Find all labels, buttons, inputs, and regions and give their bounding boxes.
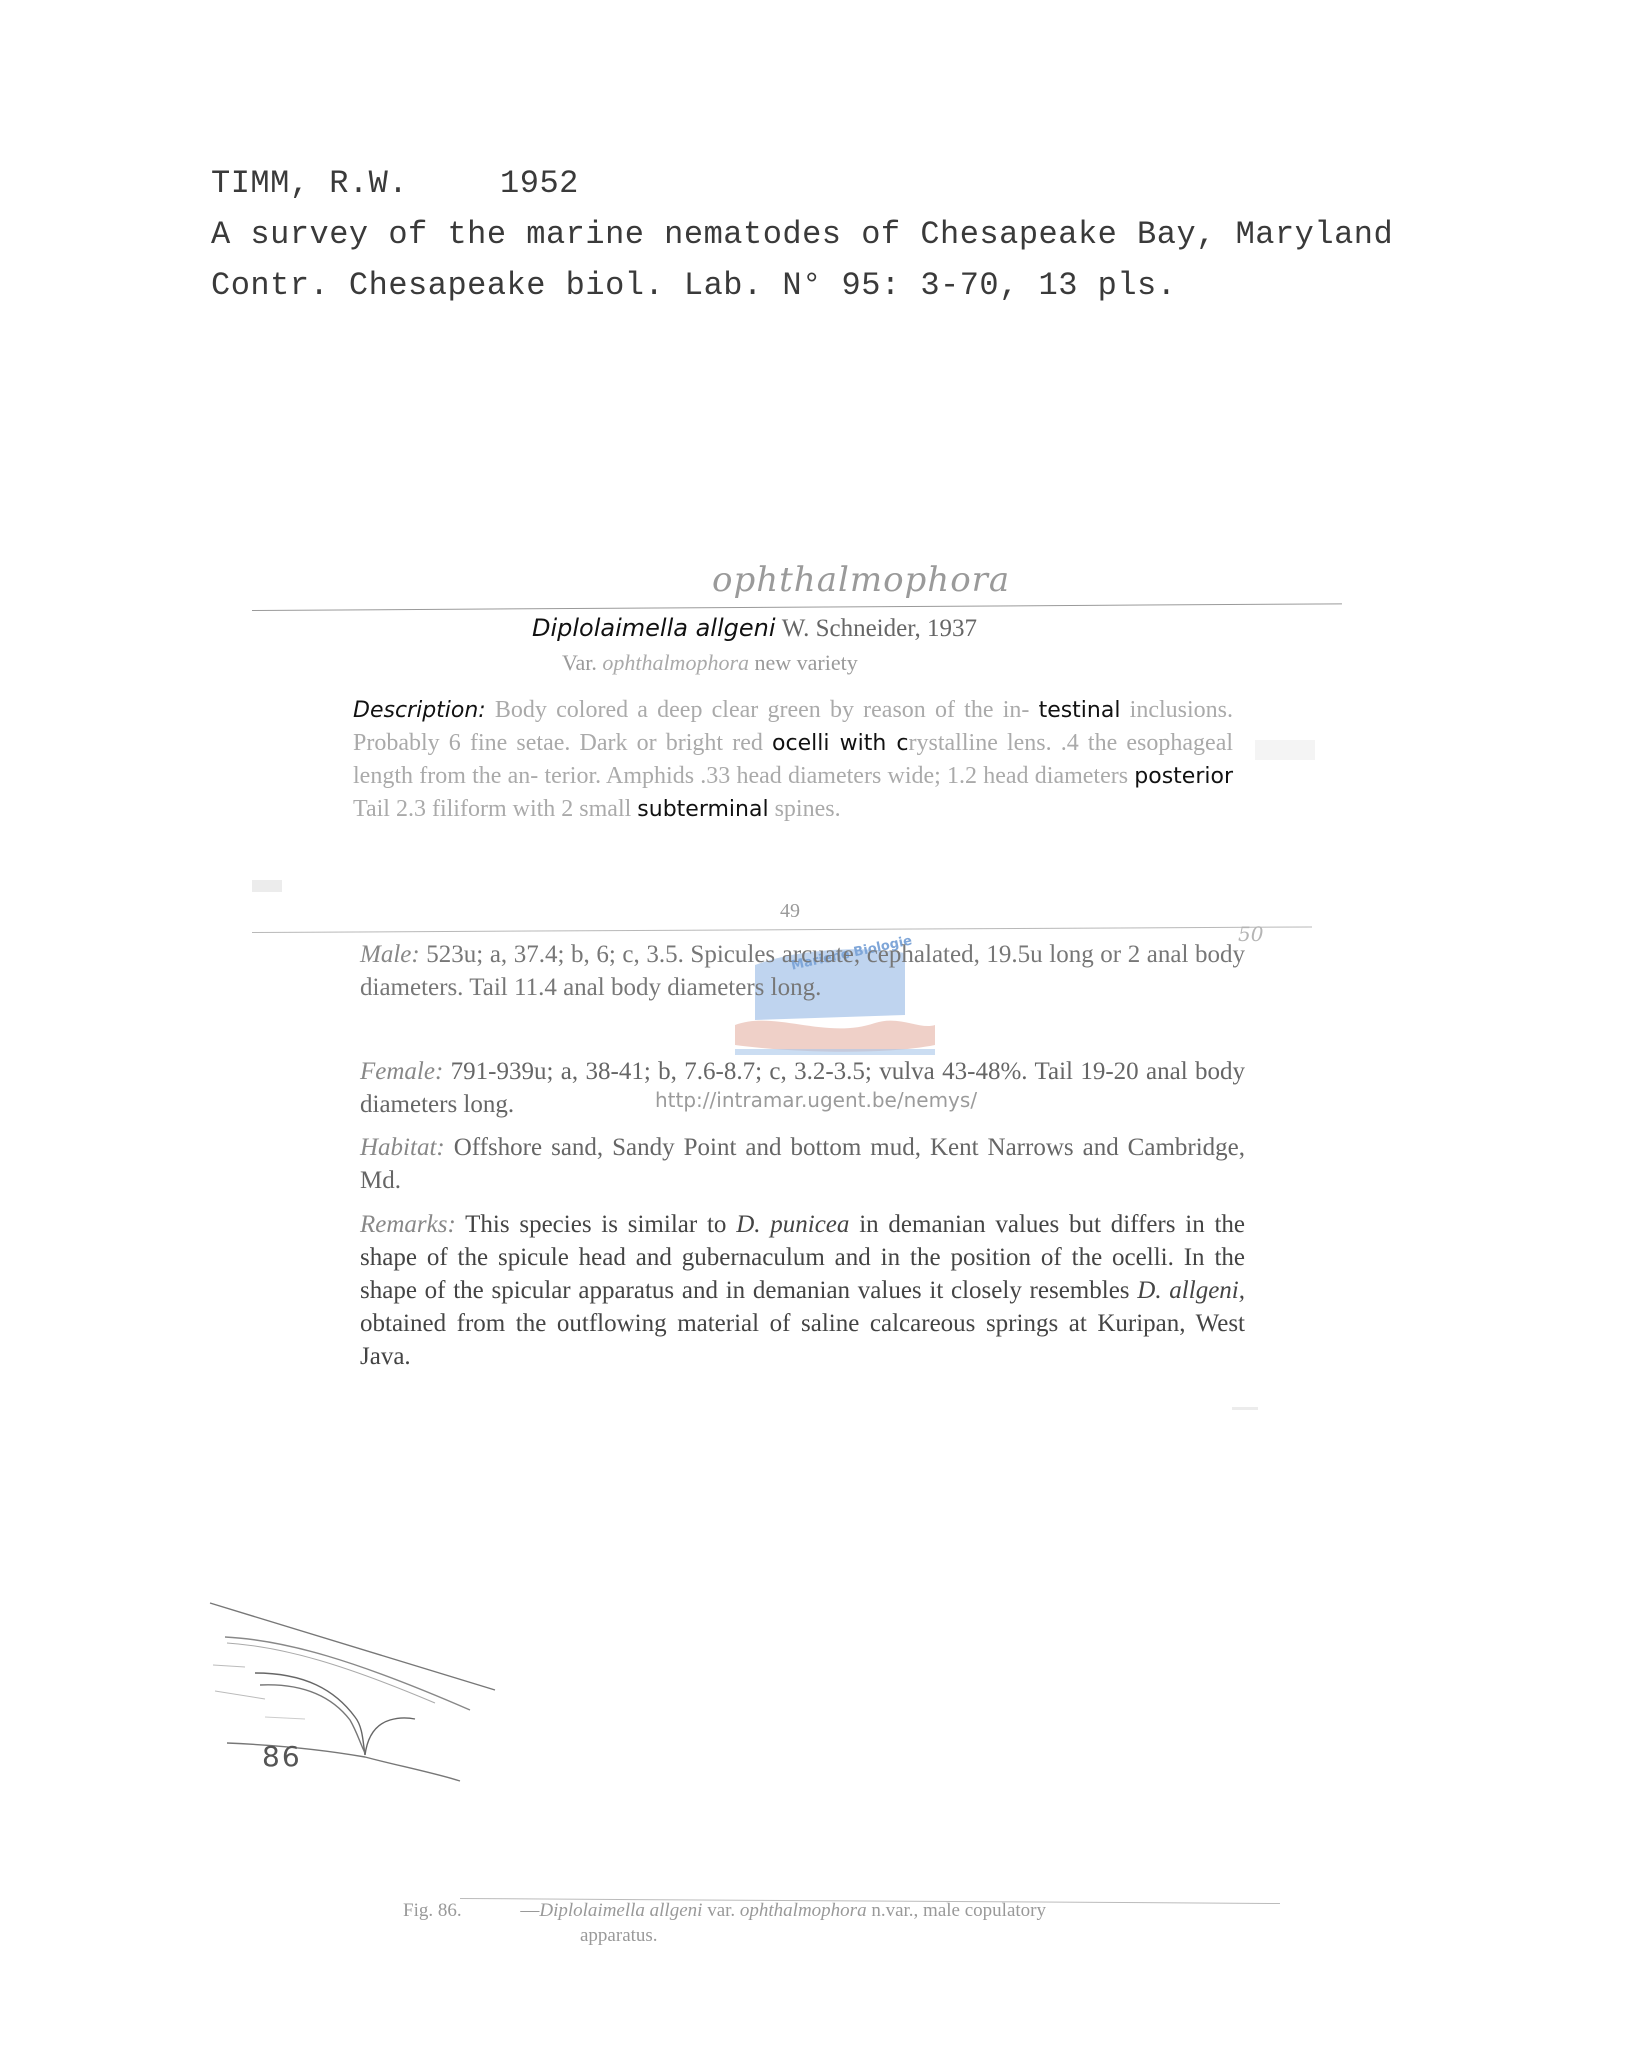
habitat-paragraph: Habitat: Offshore sand, Sandy Point and … — [360, 1131, 1245, 1197]
variety-name: ophthalmophora — [602, 650, 749, 675]
description-ink-word: subterminal — [637, 797, 768, 822]
description-text: terior. Amphids .33 head diameters wide;… — [544, 763, 1128, 789]
remarks-text: This species is similar to — [465, 1211, 726, 1238]
caption-suffix: n.var., male copulatory — [871, 1900, 1046, 1921]
description-text: spines. — [775, 796, 841, 822]
description-paragraph: Description: Body colored a deep clear g… — [353, 694, 1233, 826]
figure-caption: Fig. 86. —Diplolaimella allgeni var. oph… — [403, 1900, 1046, 1922]
caption-fig-label: Fig. 86. — [403, 1900, 462, 1921]
female-label: Female: — [360, 1058, 443, 1085]
caption-var-prefix: var. — [707, 1900, 735, 1921]
caption-line-2: apparatus. — [580, 1925, 658, 1947]
figure-drawing-spicule — [205, 1595, 515, 1785]
description-label: Description: — [353, 698, 486, 723]
species-name: Diplolaimella allgeni — [532, 614, 776, 642]
handwritten-note: ophthalmophora — [712, 560, 1010, 600]
page-number-left: 49 — [780, 900, 800, 923]
watermark-url: http://intramar.ugent.be/nemys/ — [655, 1088, 977, 1112]
habitat-label: Habitat: — [360, 1134, 445, 1161]
caption-var-name: ophthalmophora — [740, 1900, 867, 1921]
reference-title: A survey of the marine nematodes of Ches… — [211, 209, 1393, 260]
reference-author: TIMM, R.W. — [211, 165, 408, 202]
reference-year: 1952 — [500, 165, 579, 202]
remarks-taxon: D. allgeni, — [1137, 1277, 1245, 1304]
reference-author-year: TIMM, R.W.1952 — [211, 158, 1393, 209]
figure-number: 86 — [262, 1740, 302, 1773]
reference-header: TIMM, R.W.1952 A survey of the marine ne… — [211, 158, 1393, 311]
variety-line: Var. ophthalmophora new variety — [562, 650, 858, 676]
scan-artifact — [252, 880, 282, 892]
description-ink-word: ocelli with c — [772, 731, 908, 756]
caption-dash: — — [520, 1900, 539, 1921]
divider-top — [252, 603, 1342, 611]
description-text: Body colored a deep clear green by reaso… — [495, 697, 1029, 723]
species-heading: Diplolaimella allgeni W. Schneider, 1937 — [532, 614, 977, 643]
species-authority: W. Schneider, 1937 — [782, 615, 977, 642]
description-ink-word: testinal — [1039, 698, 1121, 723]
remarks-label: Remarks: — [360, 1211, 456, 1238]
scan-artifact — [1255, 740, 1315, 760]
male-paragraph: Male: 523u; a, 37.4; b, 6; c, 3.5. Spicu… — [360, 938, 1245, 1004]
reference-citation: Contr. Chesapeake biol. Lab. N° 95: 3-70… — [211, 260, 1393, 311]
habitat-text: Offshore sand, Sandy Point and bottom mu… — [360, 1134, 1245, 1194]
remarks-text: obtained from the outflowing material of… — [360, 1310, 1245, 1370]
scan-artifact — [1232, 1407, 1258, 1410]
caption-taxon: Diplolaimella allgeni — [539, 1900, 702, 1921]
remarks-taxon: D. punicea — [736, 1211, 849, 1238]
male-label: Male: — [360, 941, 420, 968]
variety-prefix: Var. — [562, 650, 597, 675]
description-text: Tail 2.3 filiform with 2 small — [353, 796, 631, 822]
remarks-paragraph: Remarks: This species is similar to D. p… — [360, 1208, 1245, 1373]
description-ink-word: posterior — [1134, 764, 1233, 789]
divider-middle — [252, 926, 1312, 933]
male-text: 523u; a, 37.4; b, 6; c, 3.5. Spicules ar… — [360, 941, 1245, 1001]
variety-suffix: new variety — [755, 650, 858, 675]
